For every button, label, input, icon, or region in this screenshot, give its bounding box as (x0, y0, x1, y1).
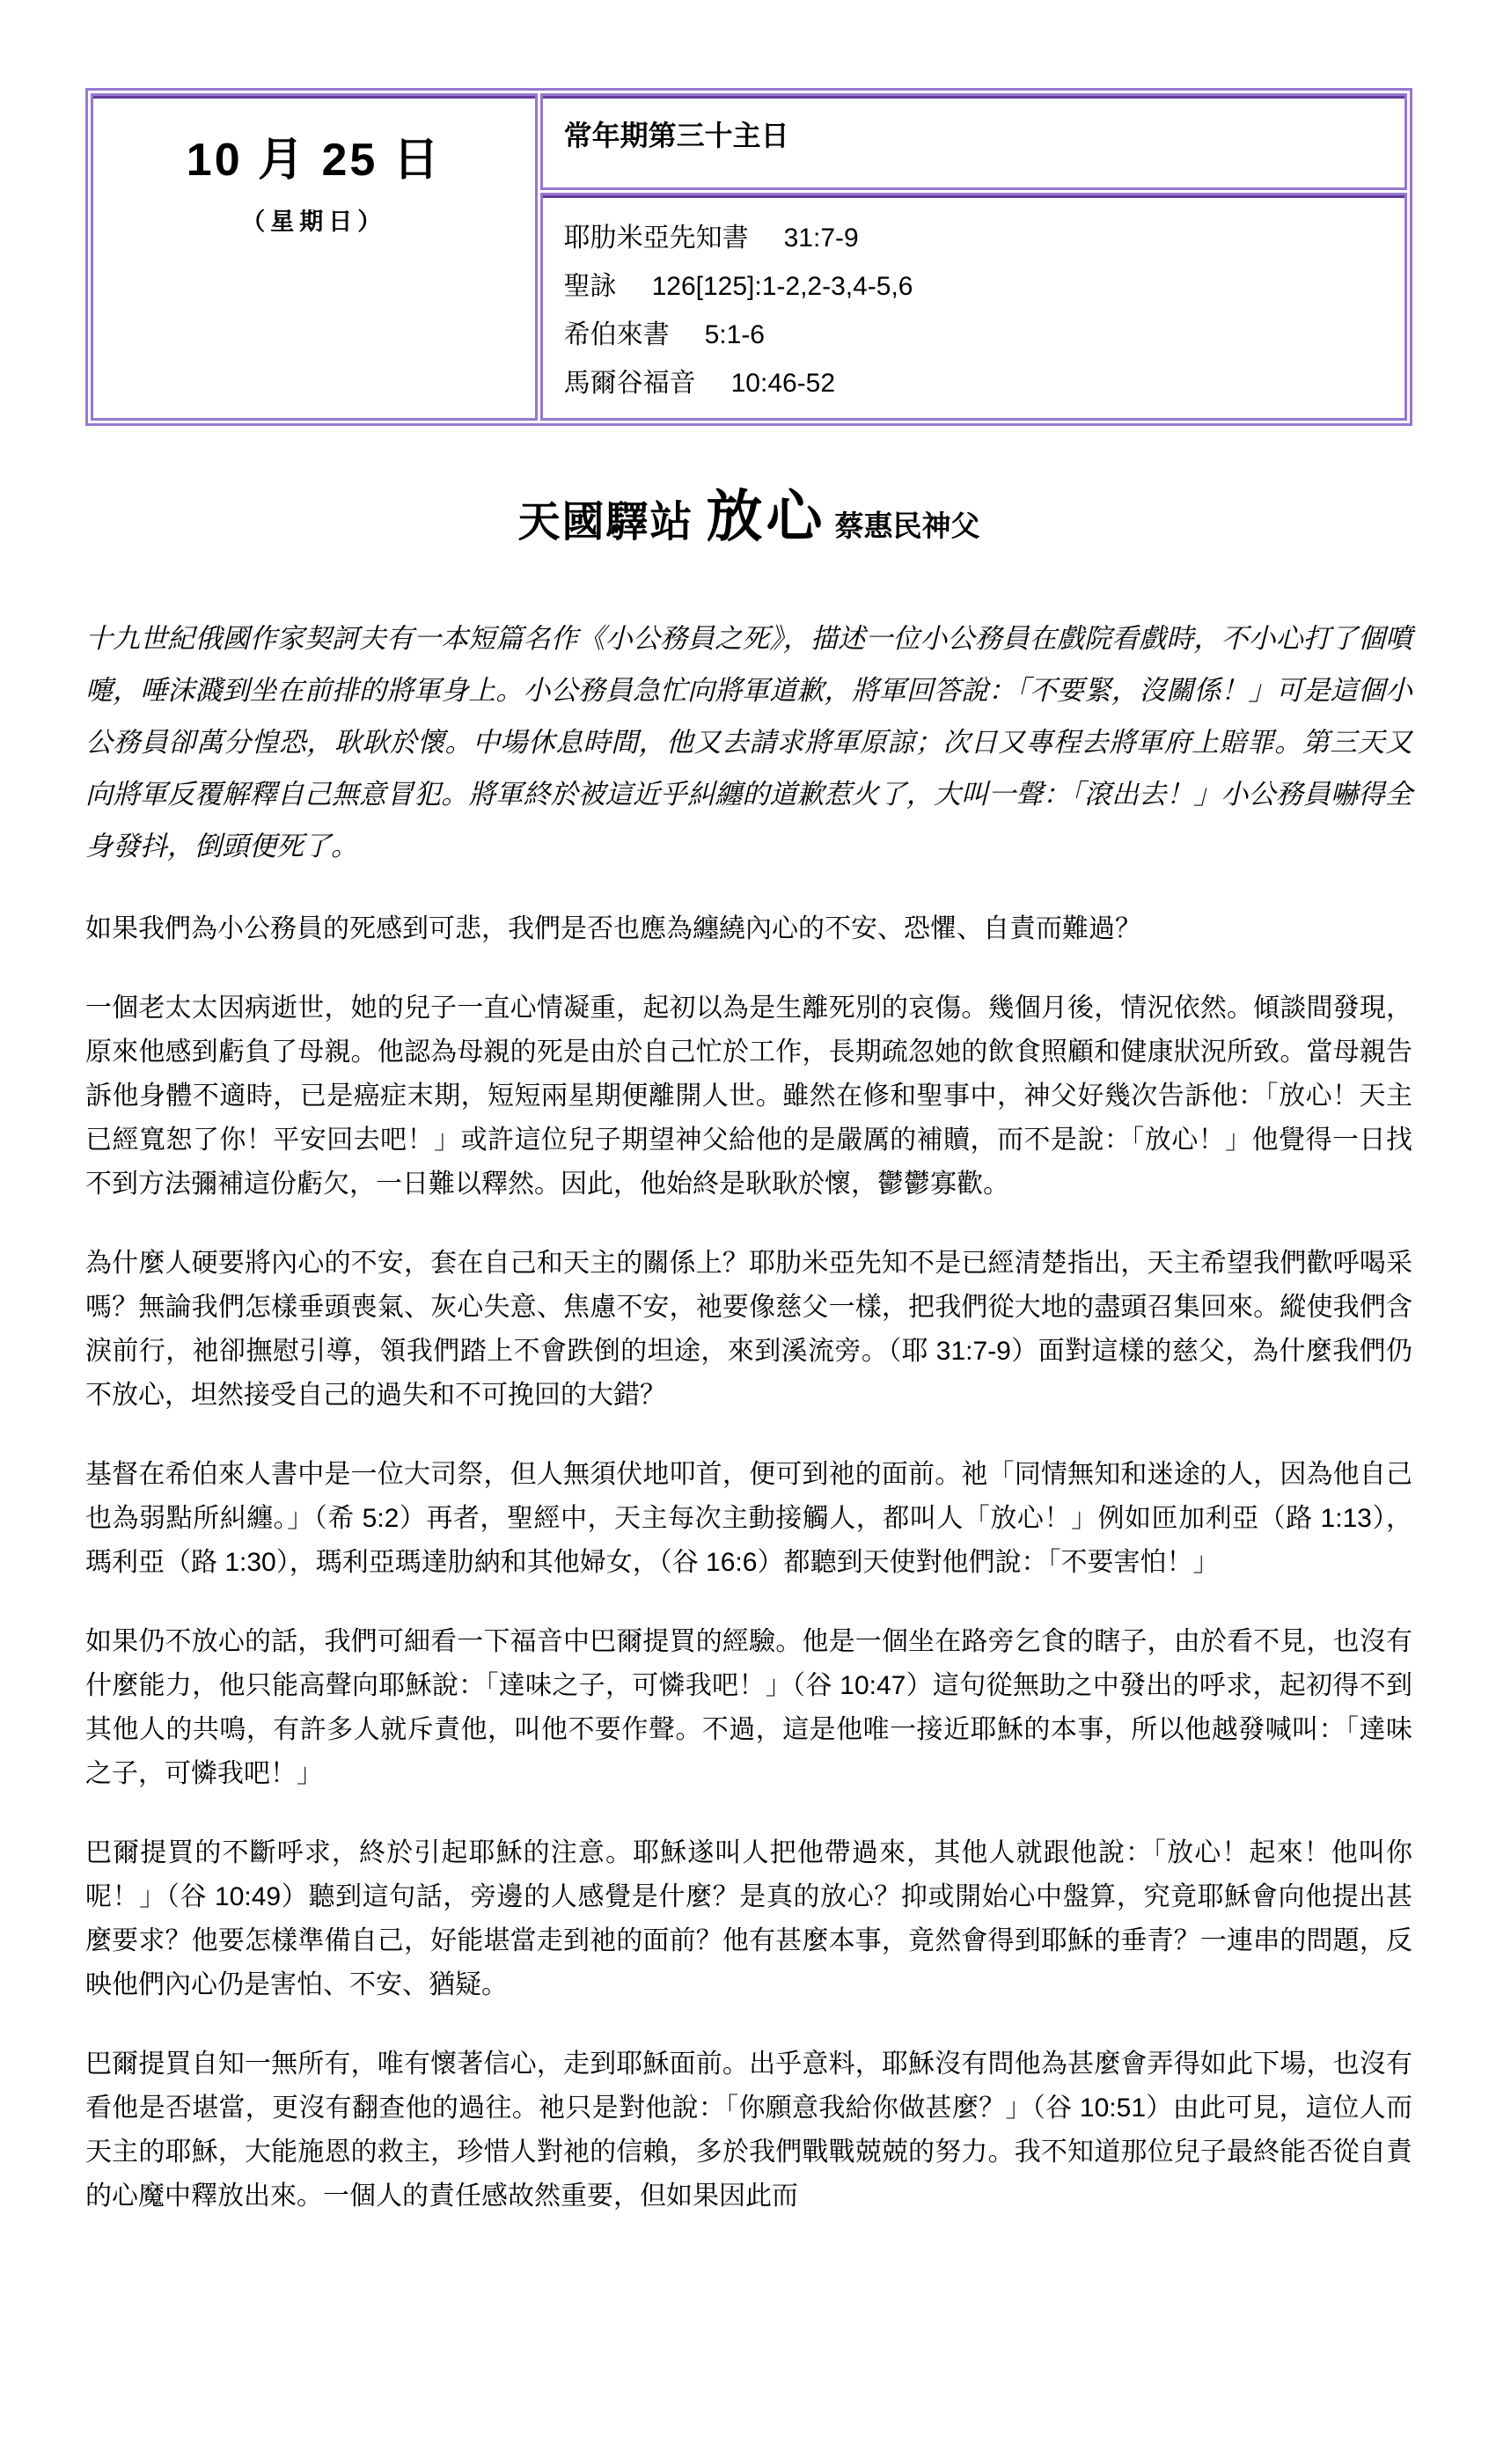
reading-item: 聖詠126[125]:1-2,2-3,4-5,6 (564, 264, 1383, 303)
paragraph-bartimaeus-called: 巴爾提買的不斷呼求，終於引起耶穌的注意。耶穌遂叫人把他帶過來，其他人就跟他說：「… (85, 1831, 1412, 2007)
reading-book: 耶肋米亞先知書 (564, 224, 749, 253)
paragraph-bartimaeus-faith: 巴爾提買自知一無所有，唯有懷著信心，走到耶穌面前。出乎意料，耶穌沒有問他為甚麼會… (85, 2042, 1412, 2218)
season-title-cell: 常年期第三十主日 (540, 93, 1407, 190)
reading-item: 希伯來書5:1-6 (564, 312, 1383, 351)
reading-item: 耶肋米亞先知書31:7-9 (564, 216, 1383, 254)
reading-ref: 5:1-6 (705, 320, 765, 349)
reading-book: 聖詠 (564, 272, 617, 301)
author-name: 蔡惠民神父 (835, 510, 980, 542)
paragraph-bartimaeus-cry: 如果仍不放心的話，我們可細看一下福音中巴爾提買的經驗。他是一個坐在路旁乞食的瞎子… (85, 1620, 1412, 1796)
paragraph-jeremiah: 為什麼人硬要將內心的不安，套在自己和天主的關係上？耶肋米亞先知不是已經清楚指出，… (85, 1242, 1412, 1418)
date-cell: 10 月 25 日 （星期日） (91, 93, 538, 421)
reading-book: 馬爾谷福音 (564, 369, 696, 398)
article-main-title: 放心 (707, 485, 826, 548)
paragraph-hebrews: 基督在希伯來人書中是一位大司祭，但人無須伏地叩首，便可到祂的面前。祂「同情無知和… (85, 1453, 1412, 1585)
document-page: 10 月 25 日 （星期日） 常年期第三十主日 耶肋米亞先知書31:7-9 聖… (0, 0, 1496, 2218)
article-title: 天國驛站放心蔡惠民神父 (85, 472, 1412, 553)
series-title: 天國驛站 (517, 499, 693, 546)
season-title: 常年期第三十主日 (564, 120, 789, 151)
paragraph-story: 十九世紀俄國作家契訶夫有一本短篇名作《小公務員之死》，描述一位小公務員在戲院看戲… (85, 612, 1412, 872)
date-text: 10 月 25 日 (93, 122, 535, 188)
reading-ref: 10:46-52 (731, 369, 835, 398)
reading-book: 希伯來書 (564, 320, 670, 349)
paragraph-old-lady: 一個老太太因病逝世，她的兒子一直心情凝重，起初以為是生離死別的哀傷。幾個月後，情… (85, 986, 1412, 1206)
readings-cell: 耶肋米亞先知書31:7-9 聖詠126[125]:1-2,2-3,4-5,6 希… (540, 193, 1407, 421)
lectionary-table: 10 月 25 日 （星期日） 常年期第三十主日 耶肋米亞先知書31:7-9 聖… (85, 88, 1412, 426)
reading-ref: 31:7-9 (784, 224, 859, 253)
paragraph-question: 如果我們為小公務員的死感到可悲，我們是否也應為纏繞內心的不安、恐懼、自責而難過？ (85, 907, 1412, 951)
reading-ref: 126[125]:1-2,2-3,4-5,6 (652, 272, 913, 301)
reading-item: 馬爾谷福音10:46-52 (564, 361, 1383, 400)
weekday-text: （星期日） (93, 202, 535, 237)
